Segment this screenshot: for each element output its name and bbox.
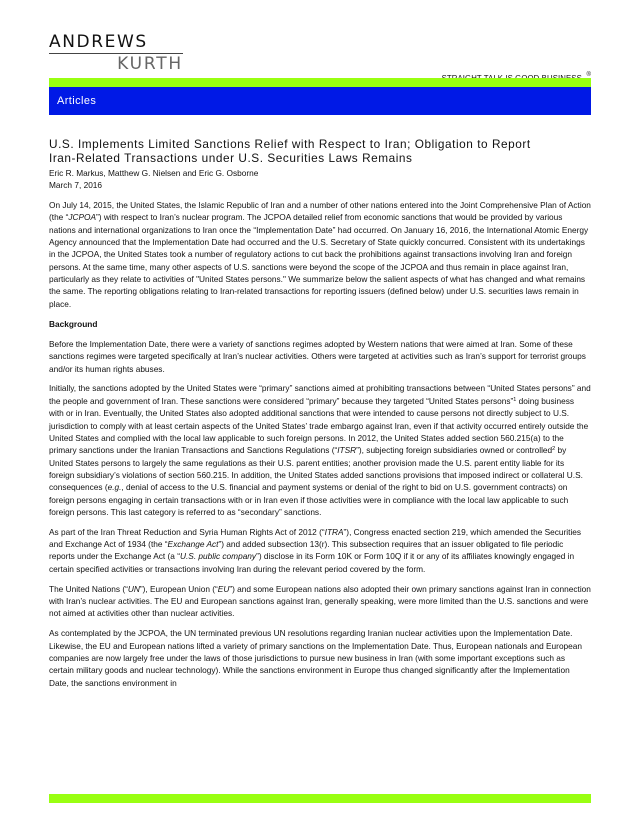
section-banner: Articles [49,87,591,115]
paragraph-un-eu: The United Nations (“UN”), European Unio… [49,583,591,620]
paragraph-intro: On July 14, 2015, the United States, the… [49,199,591,310]
logo-line-kurth: KURTH [49,54,183,74]
title-line-1: U.S. Implements Limited Sanctions Relief… [49,137,531,151]
footnote-ref-2[interactable]: 2 [552,446,555,452]
article-body: U.S. Implements Limited Sanctions Relief… [49,137,591,689]
logo-line-andrews: ANDREWS [49,33,183,53]
article-date: March 7, 2016 [49,179,591,191]
andrews-kurth-logo: ANDREWS KURTH [49,33,183,74]
header-accent-bar [49,78,591,87]
heading-background: Background [49,318,591,330]
paragraph-jcpoa-un: As contemplated by the JCPOA, the UN ter… [49,627,591,689]
paragraph-background-2: Initially, the sanctions adopted by the … [49,382,591,518]
paragraph-itra: As part of the Iran Threat Reduction and… [49,526,591,575]
article-authors: Eric R. Markus, Matthew G. Nielsen and E… [49,167,591,179]
footnote-ref-1[interactable]: 1 [513,397,516,403]
paragraph-background-1: Before the Implementation Date, there we… [49,338,591,375]
title-line-2: Iran-Related Transactions under U.S. Sec… [49,151,412,165]
article-title: U.S. Implements Limited Sanctions Relief… [49,137,591,165]
footer-accent-bar [49,794,591,803]
section-label: Articles [57,95,96,107]
